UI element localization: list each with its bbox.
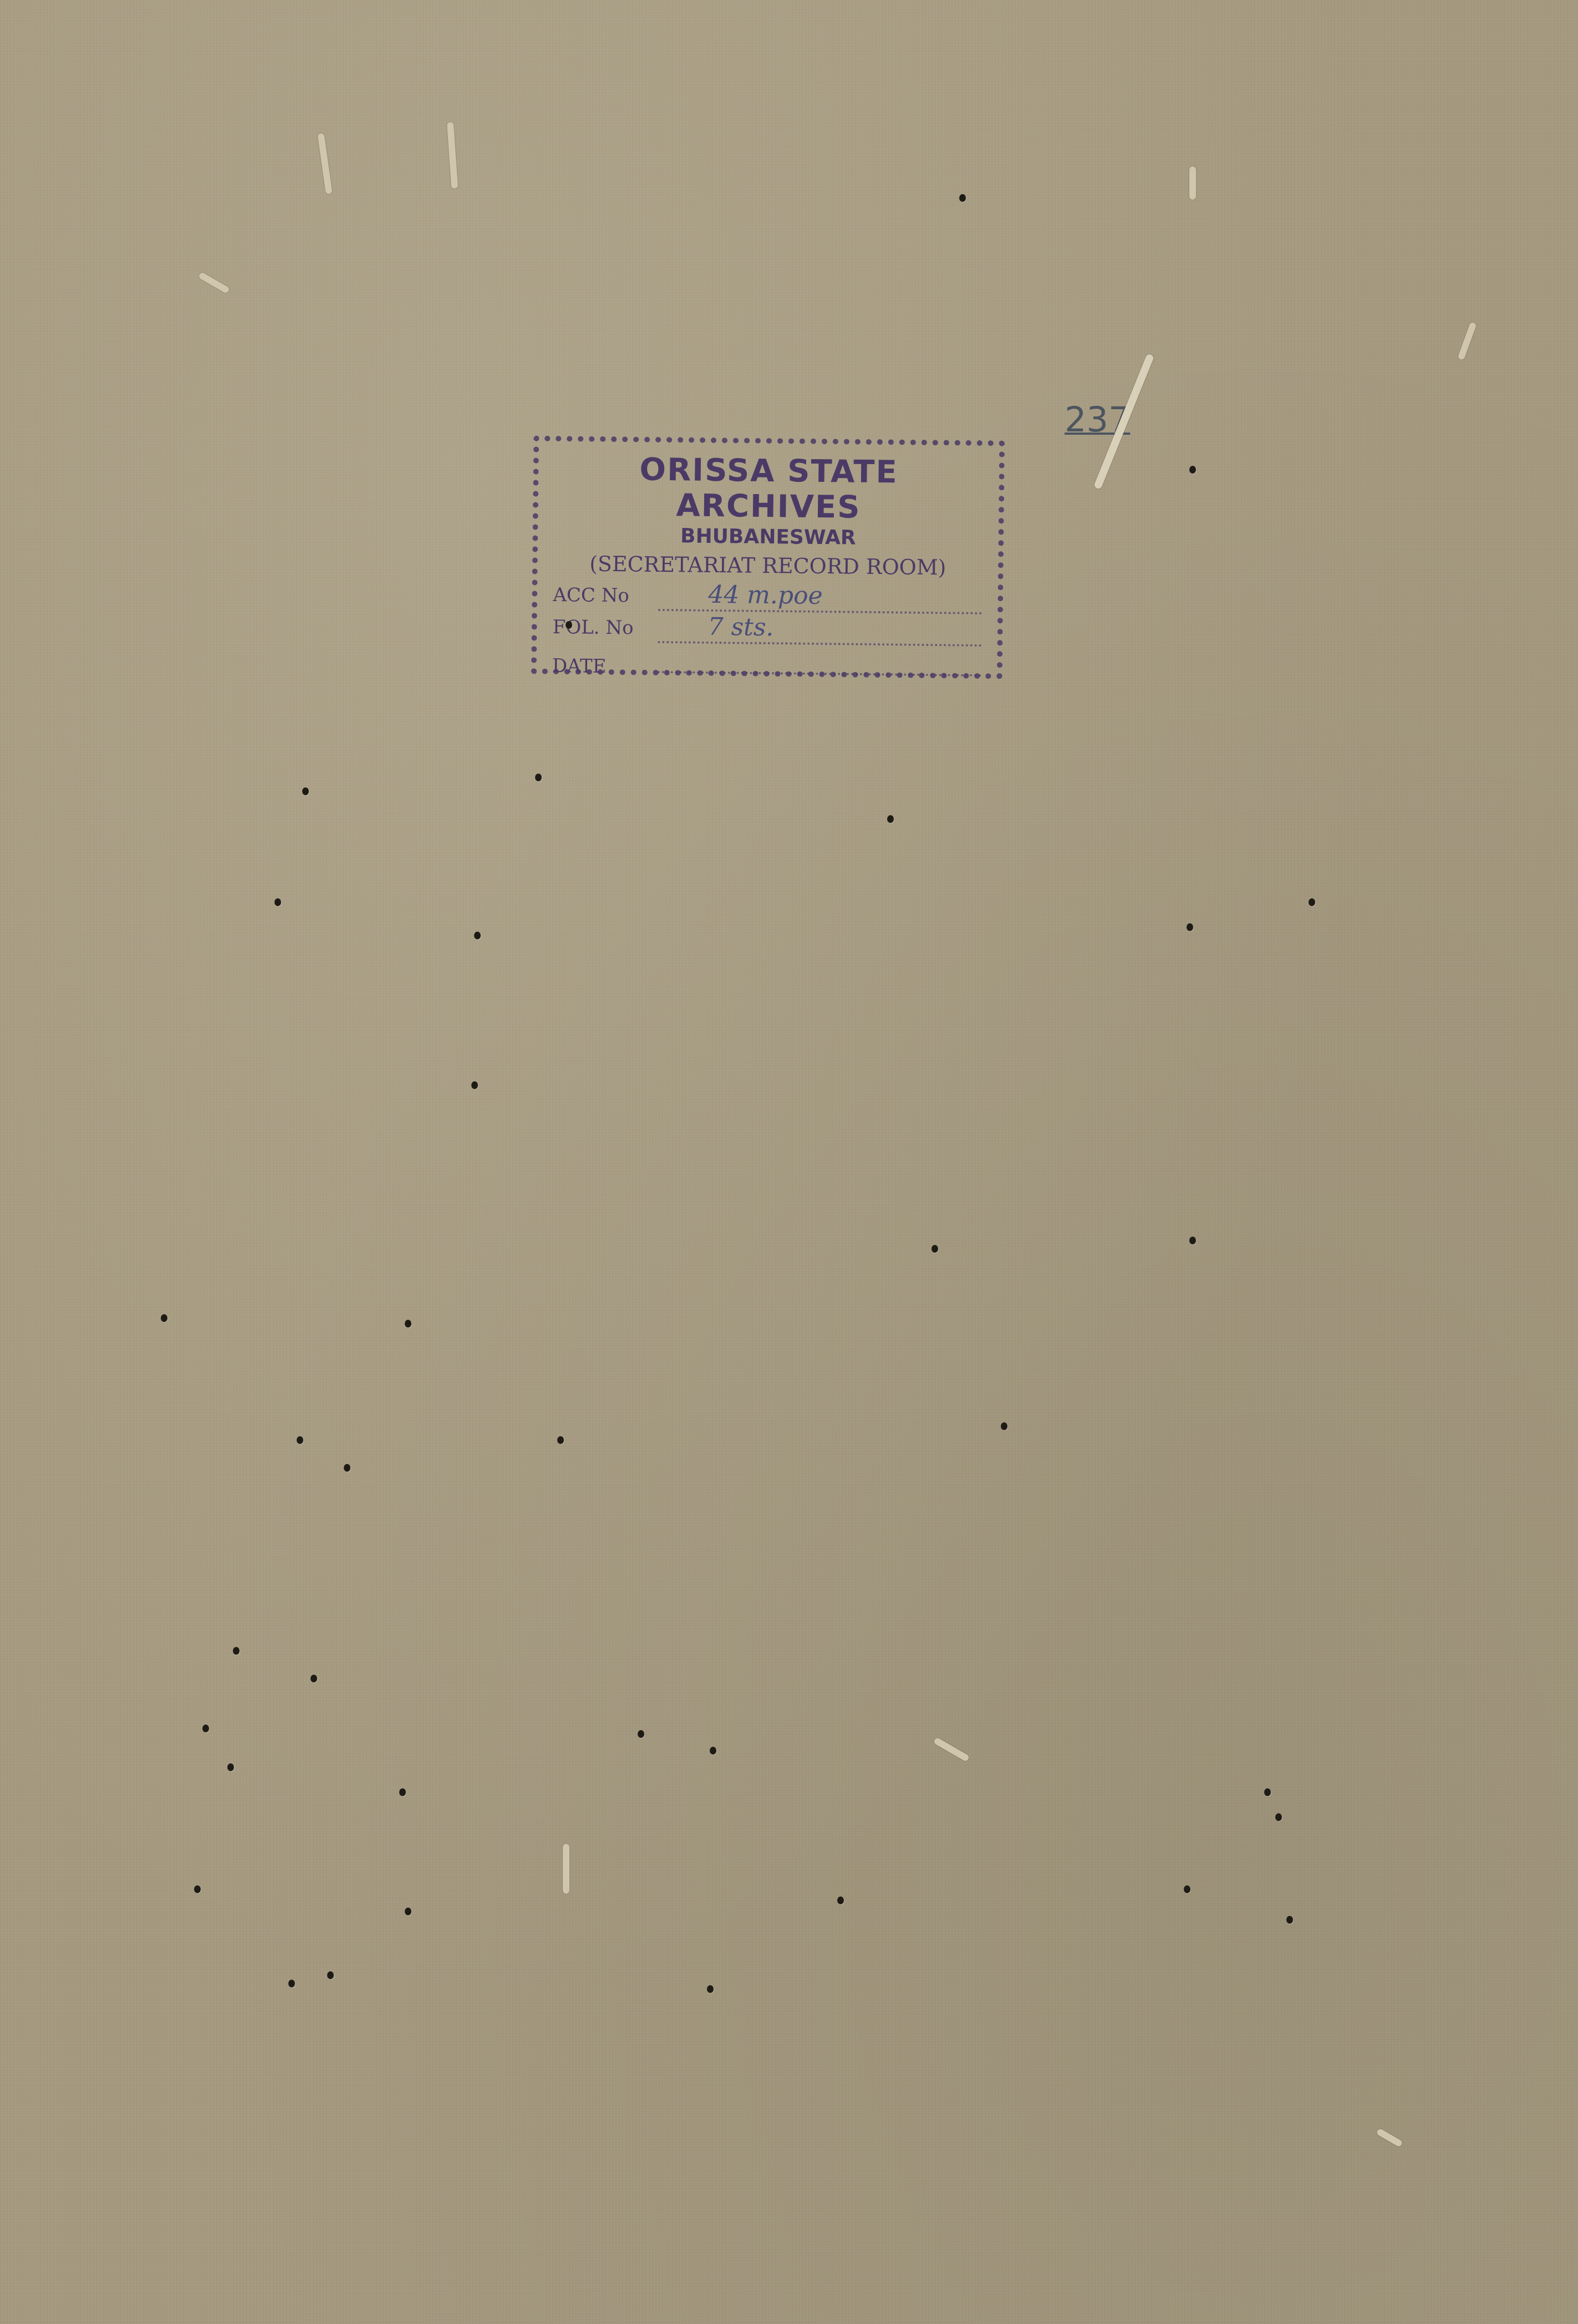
insect-track xyxy=(933,1737,970,1762)
insect-track xyxy=(1457,322,1477,360)
field-value xyxy=(658,644,982,677)
wormhole xyxy=(471,1081,478,1089)
stamp-field-date: DATE xyxy=(552,643,982,686)
stamp-field-fol-no: FOL. No 7 sts. xyxy=(552,611,982,648)
insect-track xyxy=(198,272,230,294)
field-label: DATE xyxy=(552,650,658,683)
stamp-title: ORISSA STATE ARCHIVES xyxy=(554,451,984,527)
wormhole xyxy=(310,1675,317,1682)
wormhole xyxy=(837,1896,844,1904)
insect-track xyxy=(447,122,458,189)
field-value: 7 sts. xyxy=(658,614,982,647)
wormhole xyxy=(959,194,966,202)
field-value: 44 m.poe xyxy=(658,582,983,614)
wormhole xyxy=(297,1436,303,1444)
stamp-field-acc-no: ACC No 44 m.poe xyxy=(553,579,983,616)
insect-track xyxy=(1189,166,1196,200)
wormhole xyxy=(707,1985,714,1993)
wormhole xyxy=(1189,1237,1196,1244)
wormhole xyxy=(405,1908,411,1915)
field-label: ACC No xyxy=(553,579,659,612)
wormhole xyxy=(1309,898,1315,906)
stamp-city: BHUBANESWAR xyxy=(553,522,983,552)
wormhole xyxy=(1187,923,1193,931)
wormhole xyxy=(474,932,481,939)
document-page: ORISSA STATE ARCHIVES BHUBANESWAR (SECRE… xyxy=(0,0,1578,2324)
wormhole xyxy=(288,1980,295,1987)
wormhole xyxy=(535,774,542,781)
wormhole xyxy=(194,1885,201,1893)
wormhole xyxy=(1264,1788,1271,1796)
wormhole xyxy=(887,815,894,823)
wormhole xyxy=(1189,466,1196,474)
wormhole xyxy=(161,1314,167,1322)
wormhole xyxy=(1184,1885,1190,1893)
wormhole xyxy=(710,1747,716,1755)
archive-stamp: ORISSA STATE ARCHIVES BHUBANESWAR (SECRE… xyxy=(531,436,1005,679)
wormhole xyxy=(399,1788,406,1796)
wormhole xyxy=(327,1971,334,1979)
wormhole xyxy=(566,621,572,629)
insect-track xyxy=(317,133,332,195)
wormhole xyxy=(344,1464,350,1472)
wormhole xyxy=(1275,1813,1282,1821)
wormhole xyxy=(1001,1422,1007,1430)
wormhole xyxy=(931,1245,938,1253)
wormhole xyxy=(302,787,309,795)
wormhole xyxy=(202,1725,209,1732)
wormhole xyxy=(557,1436,564,1444)
insect-track xyxy=(1376,2128,1403,2147)
wormhole xyxy=(638,1730,644,1738)
stamp-department: (SECRETARIAT RECORD ROOM) xyxy=(553,548,983,583)
insect-track xyxy=(563,1844,569,1894)
wormhole xyxy=(274,898,281,906)
wormhole xyxy=(405,1320,411,1328)
wormhole xyxy=(1286,1916,1293,1924)
wormhole xyxy=(227,1763,234,1771)
wormhole xyxy=(233,1647,240,1655)
